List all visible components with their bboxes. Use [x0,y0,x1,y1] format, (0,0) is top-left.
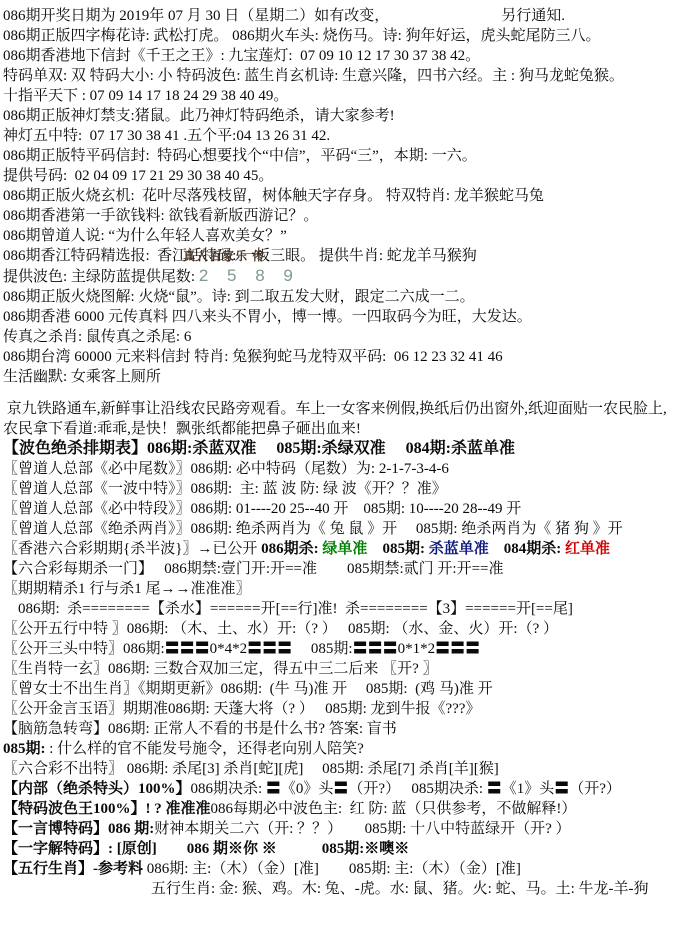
provided-numbers: 提供号码: 02 04 09 17 21 29 30 38 40 45。 [3,166,686,186]
hk-underground-envelope: 086期香港地下信封《千王之王》: 九宝莲灯: 07 09 10 12 17 3… [3,46,686,66]
provided-wave-color-seg-2: 2 5 8 9 [199,266,300,285]
hk-sha-banbo-seg-8: 084期杀: [504,541,565,557]
fax-kills-seg-1: 传真之杀肖: 鼠传真之杀尾: 6 [3,329,191,345]
wuxing-shengxiao-seg-2: 086期: 主:（木）（金）[准] 085期: 主:（木）（金）[准] [147,861,521,877]
shendeng-ban-seg-1: 086期正版神灯禁支:猪鼠。此乃神灯特码绝杀，请大家参考! [3,108,395,124]
santou-zhongte-seg-1: 〖公开三头中特〗086期:〓〓〓0*4*2〓〓〓 085期:〓〓〓0*1*2〓〓… [3,641,480,657]
zdf-juesha-liangxiao: 〖曾道人总部《绝杀两肖》〗086期: 绝杀两肖为《 兔 鼠 》开 085期: 绝… [3,519,686,539]
yizi-jie-tema: 【一字解特码】: [原创] 086 期※你 ※ 085期:※噢※ [3,839,686,859]
zdf-juesha-liangxiao-seg-1: 〖曾道人总部《绝杀两肖》〗086期: 绝杀两肖为《 兔 鼠 》开 085期: 绝… [3,521,623,537]
yiyan-bo-tema: 【一言博特码】086 期:财神本期关二六（开: ？？） 085期: 十八中特蓝绿… [3,819,686,839]
hk-sha-banbo-seg-6: 杀蓝单准 [429,541,489,557]
hk-sha-banbo-seg-5: 085期: [382,541,428,557]
jinyan-yuyu: 〖公开金言玉语〗期期准086期: 天蓬大将（? ） 085期: 龙到牛报《???… [3,699,686,719]
life-humor-seg-1: 生活幽默: 女乘客上厕所 [3,369,161,385]
sha-yimen: 【六合彩每期杀一门】 086期禁:壹门开:开==准 085期禁:贰门 开:开==… [3,559,686,579]
watermark-text: 真人百家乐 佟 [183,247,265,264]
hk-sha-banbo-seg-1: 〖香港六合彩期期{杀半波}〗→已公开 [3,541,261,557]
hk-sha-banbo-seg-3: 绿单准 [322,541,367,557]
naojin-085: 085期: : 什么样的官不能发号施令，还得老向别人陪笑? [3,739,686,759]
huoshao-tujie: 086期正版火烧图解: 火烧“鼠”。诗: 到二取五发大财，跟定二六成一二。 [3,287,686,307]
humor-paragraph-1: 京九铁路通车,新鲜事让沿线农民路旁观看。车上一女客来例假,换纸后仍出窗外,纸迎面… [3,399,686,419]
draw-date-seg-1: 086期开奖日期为 2019年 07 月 30 日（星期二）如有改变， [3,8,389,24]
naojin-086: 【脑筋急转弯】086期: 正常人不看的书是什么书? 答案: 盲书 [3,719,686,739]
huoshao-tujie-seg-1: 086期正版火烧图解: 火烧“鼠”。诗: 到二取五发大财，跟定二六成一二。 [3,289,475,305]
taiwan-60000-seg-1: 086期台湾 60000 元来料信封 特肖: 兔猴狗蛇马龙特双平码: 06 12… [3,349,503,365]
tepingma-envelope: 086期正版特平码信封: 特码心想要找个“中信”，平码“三”，本期: 一六。 [3,146,686,166]
humor-paragraph-1-seg-1: 京九铁路通车,新鲜事让沿线农民路旁观看。车上一女客来例假,换纸后仍出窗外,纸迎面… [3,401,667,417]
wuxing-shengxiao-detail-seg-1: 五行生肖: 金: 猴、鸡。木: 兔、-虎。水: 鼠、猪。火: 蛇、马。土: 牛龙… [151,881,649,897]
wuxing-zhongte: 〖公开五行中特 〗086期: （木、土、水）开:（? ） 085期: （水、金、… [3,619,686,639]
humor-paragraph-2: 农民拿下看道:乖乖,是快！飘张纸都能把鼻子砸出血来! [3,419,686,439]
neibu-juesha-tetou-seg-1: 【内部（绝杀特头）100%】 [3,781,191,797]
tepingma-envelope-seg-1: 086期正版特平码信封: 特码心想要找个“中信”，平码“三”，本期: 一六。 [3,148,477,164]
provided-wave-color-seg-1: 提供波色: 主绿防蓝提供尾数: [3,269,199,285]
special-code-attrs: 特码单双: 双 特码大小: 小 特码波色: 蓝生肖玄机诗: 生意兴隆，四书六经。… [3,66,686,86]
santou-zhongte: 〖公开三头中特〗086期:〓〓〓0*4*2〓〓〓 085期:〓〓〓0*1*2〓〓… [3,639,686,659]
ten-fingers-seg-1: 十指平天下 : 07 09 14 17 18 24 29 38 40 49。 [3,88,288,104]
meihua-poem: 086期正版四字梅花诗: 武松打虎。 086期火车头: 烧伤马。诗: 狗年好运，… [3,26,686,46]
hk-underground-envelope-seg-1: 086期香港地下信封《千王之王》: 九宝莲灯: 07 09 10 12 17 3… [3,48,480,64]
zengnvshi-seg-1: 〖曾女士不出生肖〗《期期更新》086期: (牛 马)准 开 085期: (鸡 马… [3,681,493,697]
neibu-juesha-tetou: 【内部（绝杀特头）100%】086期决杀: 〓《0》头〓（开?） 085期决杀:… [3,779,686,799]
zdf-bizhong-teduan: 〖曾道人总部《必中特段》〗086期: 01----20 25--40 开 085… [3,499,686,519]
zengdaoren-says: 086期曾道人说: “为什么年轻人喜欢美女？” [3,226,686,246]
shendeng-ban: 086期正版神灯禁支:猪鼠。此乃神灯特码绝杀，请大家参考! [3,106,686,126]
wave-color-kill-table-seg-1: 【波色绝杀排期表】086期:杀蓝双准 085期:杀绿双准 084期:杀蓝单准 [3,440,515,457]
wuxing-shengxiao: 【五行生肖】-参考料 086期: 主:（木）（金）[准] 085期: 主:（木）… [3,859,686,879]
xiangjiang-report: 086期香江特码精选报: 香江话特码: 一板三眼。 提供牛肖: 蛇龙羊马猴狗 [3,246,686,266]
zdf-yibo-zhongte-seg-1: 〖曾道人总部《一波中特》〗086期: 主: 蓝 波 防: 绿 波《开？？准》 [3,481,447,497]
draw-date-seg-2: 另行通知. [501,6,565,26]
zdf-bizhong-weishu: 〖曾道人总部《必中尾数》〗086期: 必中特码（尾数）为: 2-1-7-3-4-… [3,459,686,479]
buchute: 〖六合彩不出特〗 086期: 杀尾[3] 杀肖[蛇][虎] 085期: 杀尾[7… [3,759,686,779]
hk-6000-fax: 086期香港 6000 元传真料 四八来头不胃小，博一博。一四取码今为旺，大发达… [3,307,686,327]
humor-paragraph-2-seg-1: 农民拿下看道:乖乖,是快！飘张纸都能把鼻子砸出血来! [3,421,361,437]
naojin-086-seg-1: 【脑筋急转弯】086期: 正常人不看的书是什么书? 答案: 盲书 [3,721,397,737]
jingsha-header: 〖期期精杀1 行与杀1 尾→→准准准〗 [3,579,686,599]
shengxiao-teyixuan: 〖生肖特一玄〗086期: 三数合双加三定，得五中三二后来 〖开? 〗 [3,659,686,679]
zdf-bizhong-weishu-seg-1: 〖曾道人总部《必中尾数》〗086期: 必中特码（尾数）为: 2-1-7-3-4-… [3,461,449,477]
hk-sha-banbo: 〖香港六合彩期期{杀半波}〗→已公开 086期杀: 绿单准 085期: 杀蓝单准… [3,539,686,559]
jingsha-header-seg-1: 〖期期精杀1 行与杀1 尾→→准准准〗 [3,581,251,597]
hk-sha-banbo-seg-4 [367,541,382,557]
lottery-tips-page: 真人百家乐 佟 086期开奖日期为 2019年 07 月 30 日（星期二）如有… [0,0,688,899]
yiyan-bo-tema-seg-1: 【一言博特码】086 期: [3,821,154,837]
yiyan-bo-tema-seg-2: 财神本期关二六（开: ？？） 085期: 十八中特蓝绿开（开? ） [154,821,570,837]
zdf-bizhong-teduan-seg-1: 〖曾道人总部《必中特段》〗086期: 01----20 25--40 开 085… [3,501,521,517]
ten-fingers: 十指平天下 : 07 09 14 17 18 24 29 38 40 49。 [3,86,686,106]
first-hand-yuqian-seg-1: 086期香港第一手欲钱料: 欲钱看新版西游记？。 [3,208,318,224]
huoshao-xuanji: 086期正版火烧玄机: 花叶尽落残枝留，树体触天字存身。 特双特肖: 龙羊猴蛇马… [3,186,686,206]
wave-color-kill-table: 【波色绝杀排期表】086期:杀蓝双准 085期:杀绿双准 084期:杀蓝单准 [3,439,686,459]
tema-bose-wang-seg-1: 【特码波色王100%】! ? 准准准 [3,801,211,817]
tema-bose-wang: 【特码波色王100%】! ? 准准准086每期必中波色主: 红 防: 蓝（只供参… [3,799,686,819]
buchute-seg-1: 〖六合彩不出特〗 086期: 杀尾[3] 杀肖[蛇][虎] 085期: 杀尾[7… [3,761,499,777]
naojin-085-seg-2: : 什么样的官不能发号施令，还得老向别人陪笑? [46,741,364,757]
hk-sha-banbo-seg-9: 红单准 [565,541,610,557]
jinyan-yuyu-seg-1: 〖公开金言玉语〗期期准086期: 天蓬大将（? ） 085期: 龙到牛报《???… [3,701,480,717]
neibu-juesha-tetou-seg-2: 086期决杀: 〓《0》头〓（开?） 085期决杀: 〓《1》头〓（开?） [191,781,621,797]
tema-bose-wang-seg-2: 086每期必中波色主: 红 防: 蓝（只供参考，不做解释!） [211,801,577,817]
provided-numbers-seg-1: 提供号码: 02 04 09 17 21 29 30 38 40 45。 [3,168,273,184]
sha-yimen-seg-1: 【六合彩每期杀一门】 086期禁:壹门开:开==准 085期禁:贰门 开:开==… [3,561,504,577]
first-hand-yuqian: 086期香港第一手欲钱料: 欲钱看新版西游记？。 [3,206,686,226]
yizi-jie-tema-seg-1: 【一字解特码】: [原创] 086 期※你 ※ 085期:※噢※ [3,841,409,857]
jingsha-086-seg-1: 086期: 杀========【杀水】======开[==行]准! 杀=====… [3,601,573,617]
zengnvshi: 〖曾女士不出生肖〗《期期更新》086期: (牛 马)准 开 085期: (鸡 马… [3,679,686,699]
shendeng-five: 神灯五中特: 07 17 30 38 41 .五个平:04 13 26 31 4… [3,126,686,146]
hk-6000-fax-seg-1: 086期香港 6000 元传真料 四八来头不胃小，博一博。一四取码今为旺，大发达… [3,309,532,325]
meihua-poem-seg-1: 086期正版四字梅花诗: 武松打虎。 086期火车头: 烧伤马。诗: 狗年好运，… [3,28,601,44]
wuxing-zhongte-seg-1: 〖公开五行中特 〗086期: （木、土、水）开:（? ） 085期: （水、金、… [3,621,558,637]
wuxing-shengxiao-detail: 五行生肖: 金: 猴、鸡。木: 兔、-虎。水: 鼠、猪。火: 蛇、马。土: 牛龙… [3,879,686,899]
provided-wave-color: 提供波色: 主绿防蓝提供尾数: 2 5 8 9 [3,266,686,287]
hk-sha-banbo-seg-2: 086期杀: [261,541,322,557]
shengxiao-teyixuan-seg-1: 〖生肖特一玄〗086期: 三数合双加三定，得五中三二后来 〖开? 〗 [3,661,438,677]
draw-date: 086期开奖日期为 2019年 07 月 30 日（星期二）如有改变，另行通知. [3,6,686,26]
life-humor: 生活幽默: 女乘客上厕所 [3,367,686,387]
zdf-yibo-zhongte: 〖曾道人总部《一波中特》〗086期: 主: 蓝 波 防: 绿 波《开？？准》 [3,479,686,499]
fax-kills: 传真之杀肖: 鼠传真之杀尾: 6 [3,327,686,347]
hk-sha-banbo-seg-7 [489,541,504,557]
wuxing-shengxiao-seg-1: 【五行生肖】-参考料 [3,861,147,877]
naojin-085-seg-1: 085期: [3,741,46,757]
special-code-attrs-seg-1: 特码单双: 双 特码大小: 小 特码波色: 蓝生肖玄机诗: 生意兴隆，四书六经。… [3,68,624,84]
huoshao-xuanji-seg-1: 086期正版火烧玄机: 花叶尽落残枝留，树体触天字存身。 特双特肖: 龙羊猴蛇马… [3,188,544,204]
taiwan-60000: 086期台湾 60000 元来料信封 特肖: 兔猴狗蛇马龙特双平码: 06 12… [3,347,686,367]
jingsha-086: 086期: 杀========【杀水】======开[==行]准! 杀=====… [3,599,686,619]
zengdaoren-says-seg-1: 086期曾道人说: “为什么年轻人喜欢美女？” [3,228,287,244]
shendeng-five-seg-1: 神灯五中特: 07 17 30 38 41 .五个平:04 13 26 31 4… [3,128,330,144]
